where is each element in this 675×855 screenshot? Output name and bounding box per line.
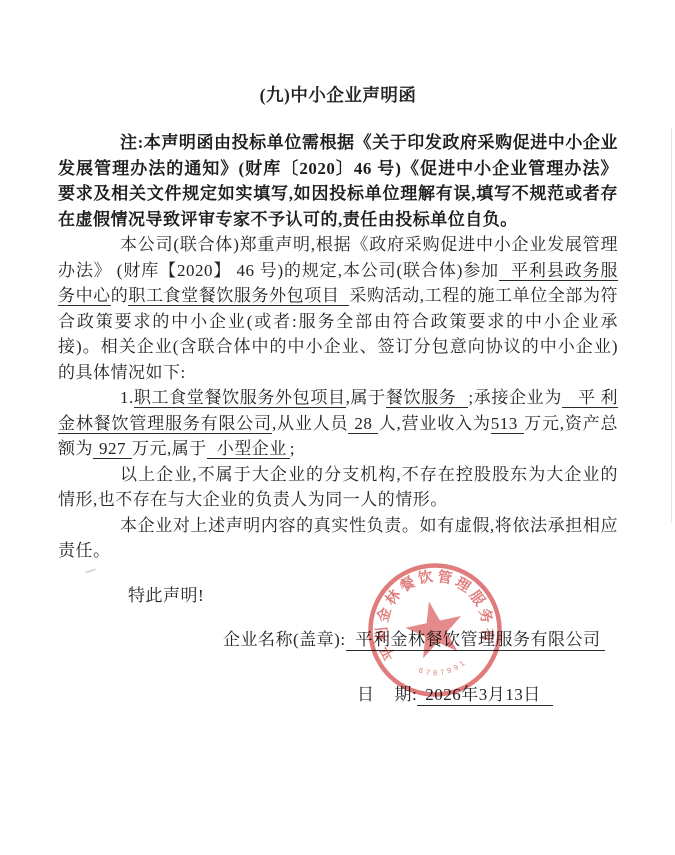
revenue-underline: 513 bbox=[491, 414, 524, 434]
scan-artifact-smudge bbox=[85, 568, 96, 573]
document-title: (九)中小企业声明函 bbox=[58, 84, 618, 106]
date-value: 2026年3月13日 bbox=[417, 685, 553, 706]
svg-text:平利金林餐饮管理服务有限公司: 平利金林餐饮管理服务有限公司 bbox=[365, 560, 501, 672]
company-name-value: 平利金林餐饮管理服务有限公司 bbox=[346, 630, 605, 651]
item1-staff-text: ,从业人员 bbox=[272, 414, 348, 433]
date-row: 日期:2026年3月13日 bbox=[357, 682, 618, 708]
item1-assets-unit-text: 万元,属于 bbox=[132, 439, 207, 458]
date-label-period: 期: bbox=[395, 685, 418, 704]
industry-underline: 餐饮服务 bbox=[386, 388, 469, 408]
seal-number-text: 6787991 bbox=[416, 656, 468, 682]
note-paragraph: 注:本声明函由投标单位需根据《关于印发政府采购促进中小企业发展管理办法的通知》(… bbox=[58, 130, 618, 232]
scanned-declaration-document: (九)中小企业声明函 注:本声明函由投标单位需根据《关于印发政府采购促进中小企业… bbox=[0, 0, 675, 855]
assets-underline: 927 bbox=[93, 439, 132, 459]
enterprise-type-underline: 小型企业 bbox=[207, 439, 290, 459]
item1-end-text: ; bbox=[290, 439, 295, 458]
signature-row: 企业名称(盖章):平利金林餐饮管理服务有限公司 bbox=[223, 627, 618, 653]
declaration-paragraph: 本公司(联合体)郑重声明,根据《政府采购促进中小企业发展管理办法》 (财库【20… bbox=[58, 232, 618, 385]
project-name-underline: 职工食堂餐饮服务外包项目 bbox=[128, 286, 349, 306]
date-label-day: 日 bbox=[357, 685, 375, 704]
staff-count-underline: 28 bbox=[348, 414, 378, 434]
company-name-label: 企业名称(盖章): bbox=[223, 630, 346, 649]
no-large-enterprise-paragraph: 以上企业,不属于大企业的分支机构,不存在控股股东为大企业的情形,也不存在与大企业… bbox=[58, 462, 618, 513]
item1-number: 1. bbox=[120, 388, 134, 407]
scan-artifact-line bbox=[671, 128, 672, 523]
svg-text:6787991: 6787991 bbox=[416, 656, 468, 682]
seal-company-text: 平利金林餐饮管理服务有限公司 bbox=[365, 560, 501, 672]
item1-paragraph: 1.职工食堂餐饮服务外包项目,属于餐饮服务;承接企业为平 利金林餐饮管理服务有限… bbox=[58, 385, 618, 462]
item1-project-underline: 职工食堂餐饮服务外包项目 bbox=[134, 388, 346, 408]
responsibility-paragraph: 本企业对上述声明内容的真实性负责。如有虚假,将依法承担相应责任。 bbox=[58, 513, 618, 564]
item1-contractor-text: ;承接企业为 bbox=[468, 388, 562, 407]
item1-belong-text: ,属于 bbox=[346, 388, 386, 407]
item1-people-unit-text: 人,营业收入为 bbox=[378, 414, 490, 433]
declaration-of: 的 bbox=[111, 286, 129, 305]
closing-statement: 特此声明! bbox=[58, 583, 618, 609]
